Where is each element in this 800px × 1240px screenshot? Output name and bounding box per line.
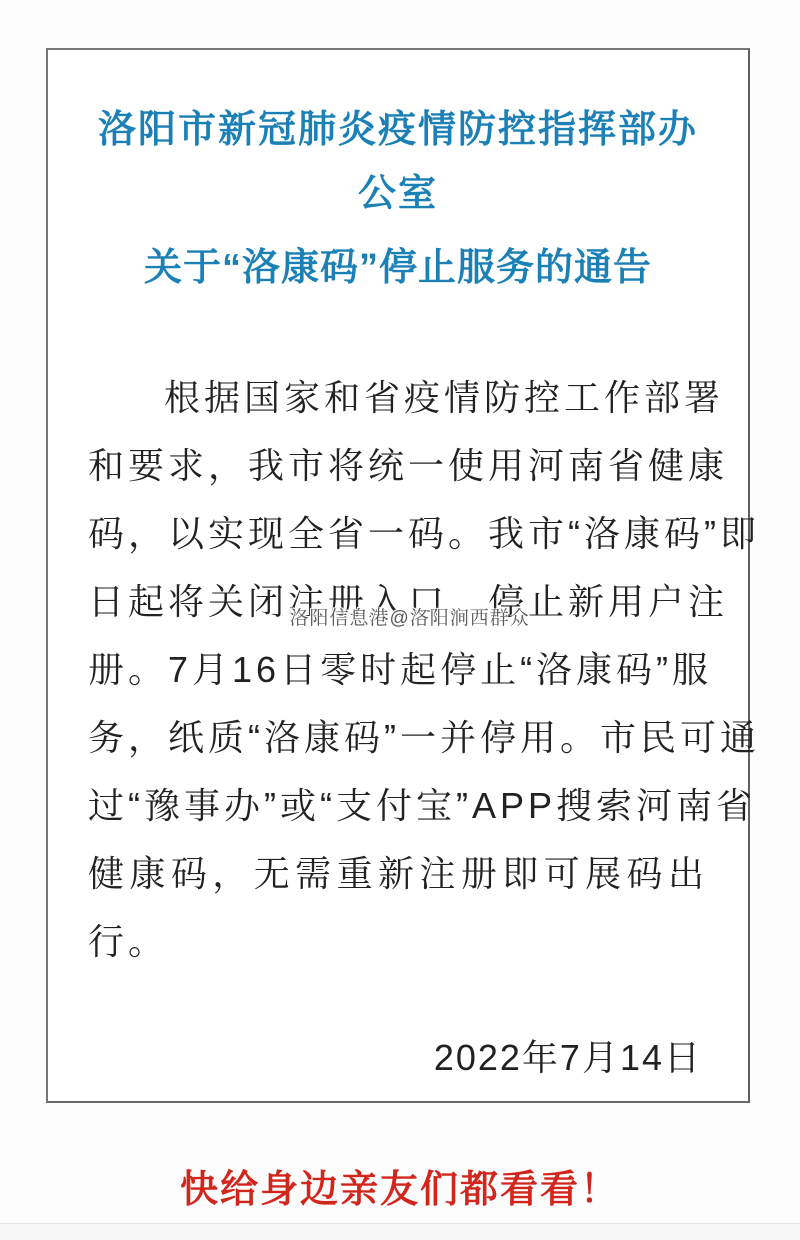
- body-line-1: 根据国家和省疫情防控工作部署: [88, 364, 708, 432]
- share-callout: 快给身边亲友们都看看！: [0, 1158, 800, 1213]
- body-line-5: 册。7月16日零时起停止“洛康码”服: [88, 636, 708, 704]
- notice-box: 洛阳市新冠肺炎疫情防控指挥部办公室 关于“洛康码”停止服务的通告 根据国家和省疫…: [46, 48, 750, 1103]
- body-line-7: 过“豫事办”或“支付宝”APP搜索河南省: [88, 772, 708, 840]
- body-line-9: 行。: [88, 908, 708, 976]
- notice-title: 洛阳市新冠肺炎疫情防控指挥部办公室: [88, 98, 708, 226]
- body-line-6: 务，纸质“洛康码”一并停用。市民可通: [88, 704, 708, 772]
- notice-date: 2022年7月14日: [88, 1030, 708, 1081]
- notice-subtitle: 关于“洛康码”停止服务的通告: [88, 240, 708, 296]
- notice-body: 根据国家和省疫情防控工作部署 和要求，我市将统一使用河南省健康 码，以实现全省一…: [88, 364, 708, 976]
- body-line-8: 健康码，无需重新注册即可展码出: [88, 840, 708, 908]
- body-line-3: 码，以实现全省一码。我市“洛康码”即: [88, 500, 708, 568]
- body-line-2: 和要求，我市将统一使用河南省健康: [88, 432, 708, 500]
- body-line-4: 日起将关闭注册入口，停止新用户注: [88, 568, 708, 636]
- notice-image-page: 洛阳市新冠肺炎疫情防控指挥部办公室 关于“洛康码”停止服务的通告 根据国家和省疫…: [0, 0, 800, 1240]
- bottom-strip: [0, 1223, 800, 1240]
